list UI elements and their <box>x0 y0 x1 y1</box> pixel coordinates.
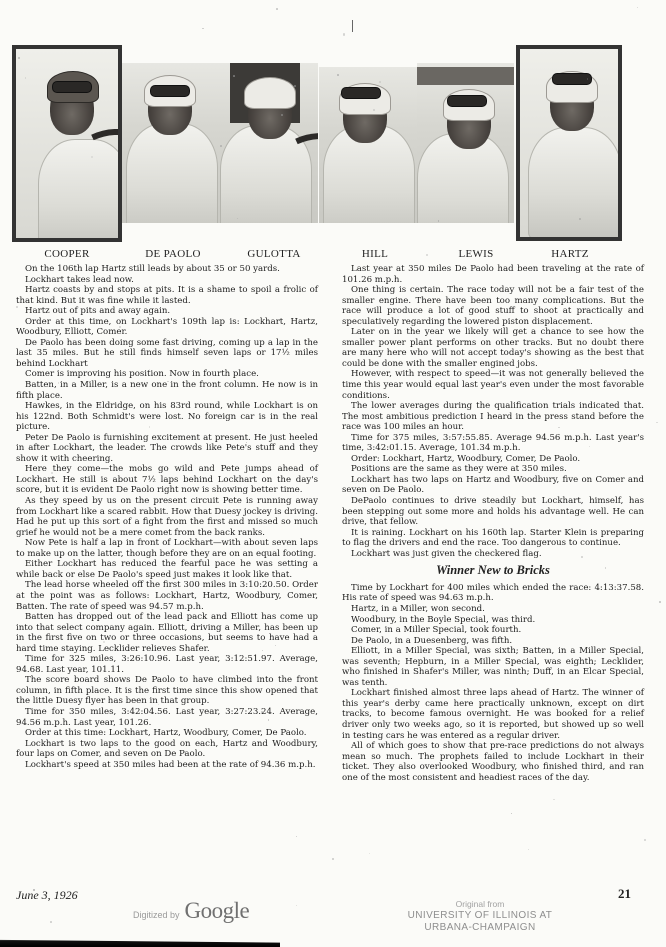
article-paragraph: Positions are the same as they were at 3… <box>342 464 644 475</box>
article-paragraph: The score board shows De Paolo to have c… <box>16 675 318 707</box>
article-paragraph: Elliott, in a Miller Special, was sixth;… <box>342 646 644 688</box>
article-paragraph: Comer is improving his position. Now in … <box>16 369 318 380</box>
section-heading: Winner New to Bricks <box>342 565 644 576</box>
driver-photo-lewis <box>417 63 514 223</box>
article-paragraph: Last year at 350 miles De Paolo had been… <box>342 264 644 285</box>
article-paragraph: Time for 350 miles, 3:42:04.56. Last yea… <box>16 707 318 728</box>
article-paragraph: Hawkes, in the Eldridge, on his 83rd rou… <box>16 401 318 433</box>
article-paragraph: Batten, in a Miller, is a new one in the… <box>16 380 318 401</box>
article-paragraph: Woodbury, in the Boyle Special, was thir… <box>342 615 644 626</box>
issue-date: June 3, 1926 <box>16 888 78 903</box>
caption-hill: HILL <box>325 248 425 260</box>
article-paragraph: Batten has dropped out of the lead pack … <box>16 612 318 654</box>
article-paragraph: Lockhart finished almost three laps ahea… <box>342 688 644 741</box>
driver-photo-hartz <box>516 45 622 241</box>
article-paragraph: However, with respect to speed—it was no… <box>342 369 644 401</box>
article-paragraph: It is raining. Lockhart on his 160th lap… <box>342 528 644 549</box>
article-paragraph: Hartz coasts by and stops at pits. It is… <box>16 285 318 306</box>
driver-photo-cooper <box>12 45 122 242</box>
article-paragraph: The lead horse wheeled off the first 300… <box>16 580 318 612</box>
article-right-column: Last year at 350 miles De Paolo had been… <box>342 264 644 783</box>
driver-photo-strip <box>10 45 656 245</box>
article-paragraph: De Paolo, in a Duesenberg, was fifth. <box>342 636 644 647</box>
article-paragraph: Order at this time: Lockhart, Hartz, Woo… <box>16 728 318 739</box>
article-paragraph: DePaolo continues to drive steadily but … <box>342 496 644 528</box>
article-paragraph: Comer, in a Miller Special, took fourth. <box>342 625 644 636</box>
google-logo: Google <box>185 898 250 924</box>
article-paragraph: As they speed by us on the present circu… <box>16 496 318 538</box>
driver-photo-hill <box>319 67 417 223</box>
article-paragraph: Lockhart's speed at 350 miles had been a… <box>16 760 318 771</box>
photo-captions: COOPER DE PAOLO GULOTTA HILL LEWIS HARTZ <box>10 248 656 264</box>
article-left-column: On the 106th lap Hartz still leads by ab… <box>16 264 318 770</box>
scan-edge-shadow <box>0 936 280 947</box>
article-paragraph: Lockhart was just given the checkered fl… <box>342 549 644 560</box>
original-source-watermark: Original from UNIVERSITY OF ILLINOIS AT … <box>380 898 580 934</box>
article-paragraph: All of which goes to show that pre-race … <box>342 741 644 783</box>
caption-hartz: HARTZ <box>520 248 620 260</box>
driver-photo-gulotta <box>220 63 318 223</box>
article-paragraph: On the 106th lap Hartz still leads by ab… <box>16 264 318 275</box>
original-from-label: Original from <box>380 898 580 910</box>
article-paragraph: De Paolo has been doing some fast drivin… <box>16 338 318 370</box>
article-paragraph: Now Pete is half a lap in front of Lockh… <box>16 538 318 559</box>
magazine-page: COOPER DE PAOLO GULOTTA HILL LEWIS HARTZ… <box>0 0 666 947</box>
article-paragraph: Either Lockhart has reduced the fearful … <box>16 559 318 580</box>
article-paragraph: Order at this time, on Lockhart's 109th … <box>16 317 318 338</box>
caption-de-paolo: DE PAOLO <box>123 248 223 260</box>
article-paragraph: Time for 325 miles, 3:26:10.96. Last yea… <box>16 654 318 675</box>
caption-gulotta: GULOTTA <box>224 248 324 260</box>
article-paragraph: Order: Lockhart, Hartz, Woodbury, Comer,… <box>342 454 644 465</box>
driver-photo-de-paolo <box>122 63 220 223</box>
caption-lewis: LEWIS <box>426 248 526 260</box>
institution-line-2: URBANA-CHAMPAIGN <box>380 922 580 934</box>
article-paragraph: Here they come—the mobs go wild and Pete… <box>16 464 318 496</box>
article-paragraph: Lockhart has two laps on Hartz and Woodb… <box>342 475 644 496</box>
article-paragraph: Peter De Paolo is furnishing excitement … <box>16 433 318 465</box>
scan-mark <box>352 20 353 32</box>
article-paragraph: Time by Lockhart for 400 miles which end… <box>342 583 644 604</box>
article-paragraph: Lockhart takes lead now. <box>16 275 318 286</box>
digitized-prefix: Digitized by <box>133 910 180 920</box>
article-paragraph: Time for 375 miles, 3:57:55.85. Average … <box>342 433 644 454</box>
caption-cooper: COOPER <box>17 248 117 260</box>
article-paragraph: Hartz, in a Miller, won second. <box>342 604 644 615</box>
page-number: 21 <box>618 886 631 902</box>
article-paragraph: Lockhart is two laps to the good on each… <box>16 739 318 760</box>
article-paragraph: Hartz out of pits and away again. <box>16 306 318 317</box>
article-paragraph: The lower averages during the qualificat… <box>342 401 644 433</box>
article-paragraph: One thing is certain. The race today wil… <box>342 285 644 327</box>
digitized-by-watermark: Digitized by Google <box>133 898 249 924</box>
institution-line-1: UNIVERSITY OF ILLINOIS AT <box>380 910 580 922</box>
article-paragraph: Later on in the year we likely will get … <box>342 327 644 369</box>
